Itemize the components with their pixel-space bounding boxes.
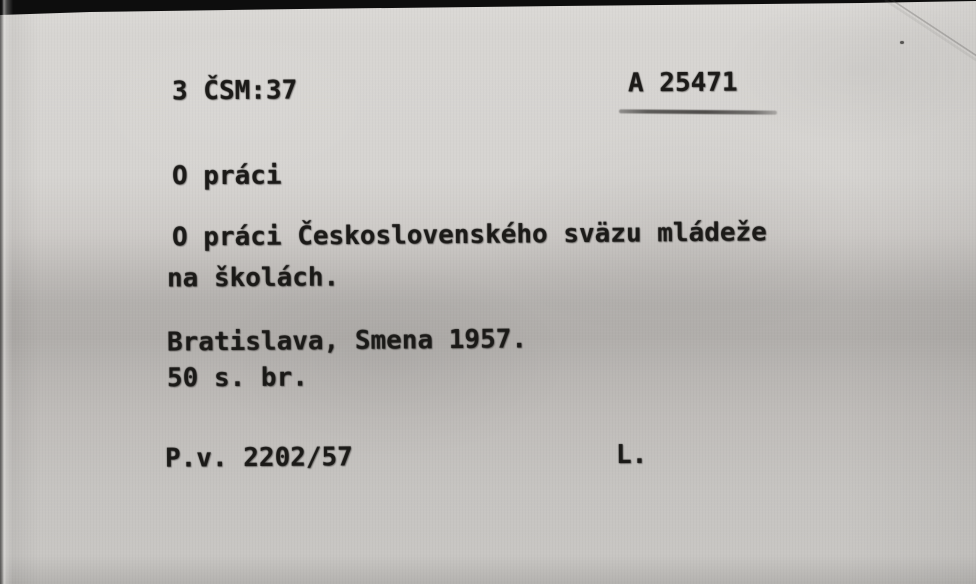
scanned-catalog-card-image: 3 ČSM:37 A 25471 O práci O práci Českosl… (0, 0, 976, 584)
imprint-line: Bratislava, Smena 1957. (167, 326, 527, 355)
cataloguer-initial: L. (616, 442, 647, 468)
card-left-edge-shadow (0, 0, 14, 584)
heading: O práci (172, 163, 282, 190)
title-line-1: O práci Československého sväzu mládeže (172, 219, 767, 250)
accession-underline (619, 109, 777, 114)
title-line-2: na školách. (167, 265, 339, 292)
record-number: P.v. 2202/57 (165, 444, 353, 471)
paper-grain-texture (0, 0, 976, 584)
dust-speck (900, 41, 904, 44)
collation-line: 50 s. br. (167, 365, 308, 392)
accession-number: A 25471 (628, 70, 738, 97)
catalog-card: 3 ČSM:37 A 25471 O práci O práci Českosl… (0, 0, 976, 584)
call-number: 3 ČSM:37 (172, 77, 297, 104)
